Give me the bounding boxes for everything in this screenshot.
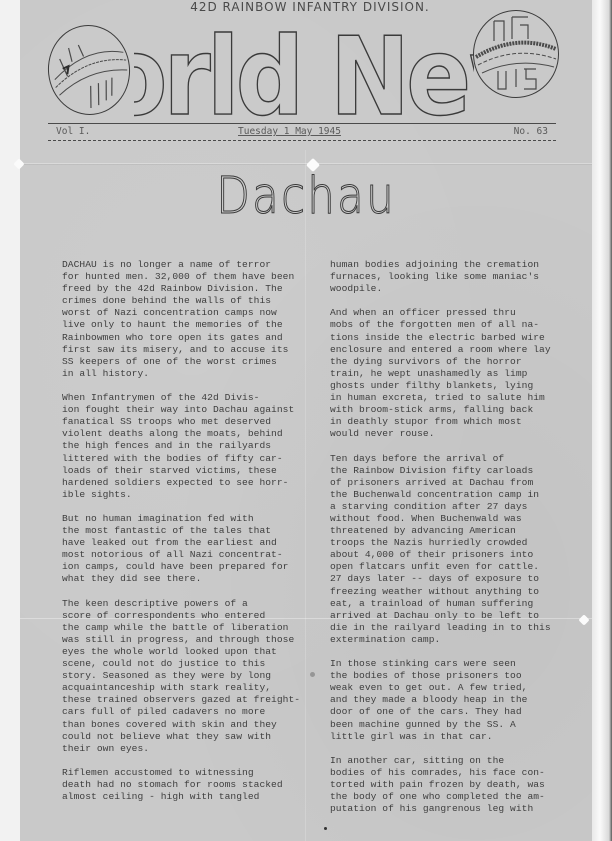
- rainbow-emblem-icon: [473, 10, 559, 98]
- ink-speck: [310, 672, 315, 677]
- ink-speck: [324, 827, 327, 830]
- article-paragraph: In those stinking cars were seen the bod…: [330, 658, 582, 743]
- article-column-right: human bodies adjoining the cremation fur…: [330, 259, 582, 827]
- article-paragraph: In another car, sitting on the bodies of…: [330, 755, 582, 815]
- article-paragraph: Ten days before the arrival of the Rainb…: [330, 453, 582, 647]
- article-paragraph: DACHAU is no longer a name of terror for…: [62, 259, 314, 380]
- article-paragraph: And when an officer pressed thru mobs of…: [330, 307, 582, 440]
- masthead-title: World News: [134, 20, 474, 130]
- article-paragraph: The keen descriptive powers of a score o…: [62, 598, 314, 755]
- division-name: 42D RAINBOW INFANTRY DIVISION.: [150, 0, 470, 14]
- volume-number: Vol I.: [56, 126, 90, 137]
- masthead-title-text: World News: [134, 20, 474, 130]
- issue-date: Tuesday 1 May 1945: [238, 126, 341, 137]
- scanned-newspaper-page: 42D RAINBOW INFANTRY DIVISION. World New…: [0, 0, 612, 841]
- dateline: Vol I. Tuesday 1 May 1945 No. 63: [48, 123, 556, 141]
- article-paragraph: When Infantrymen of the 42d Divis- ion f…: [62, 392, 314, 501]
- article-paragraph: Riflemen accustomed to witnessing death …: [62, 767, 314, 803]
- article-headline: Dachau: [0, 168, 612, 226]
- article-column-left: DACHAU is no longer a name of terror for…: [62, 259, 314, 815]
- article-paragraph: human bodies adjoining the cremation fur…: [330, 259, 582, 295]
- issue-number: No. 63: [514, 126, 548, 137]
- scan-edge: [592, 0, 612, 841]
- rainbow-emblem-icon: [44, 21, 135, 119]
- article-paragraph: But no human imagination fed with the mo…: [62, 513, 314, 586]
